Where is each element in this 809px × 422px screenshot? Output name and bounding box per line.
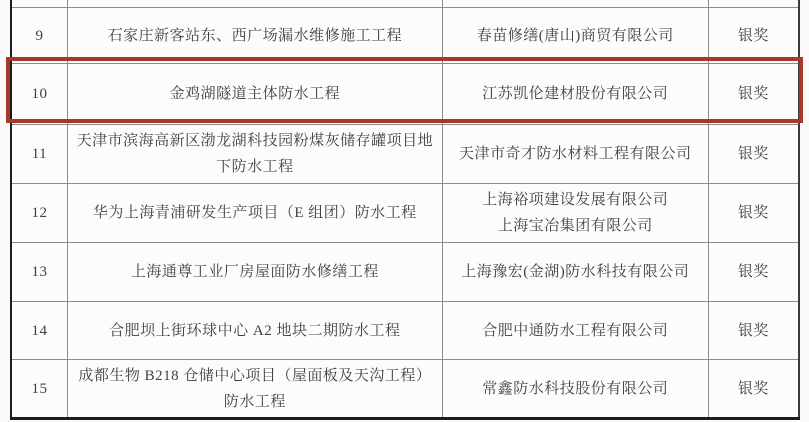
company-cell [442, 0, 708, 8]
award-cell: 银奖 [708, 125, 799, 184]
project-cell: 天津市滨海高新区渤龙湖科技园粉煤灰储存罐项目地下防水工程 [67, 125, 442, 184]
award-cell: 银奖 [708, 8, 799, 64]
award-cell: 银奖 [708, 243, 799, 302]
table-row: 14 合肥坝上街环球中心 A2 地块二期防水工程 合肥中通防水工程有限公司 银奖 [11, 302, 799, 360]
award-cell: 银奖 [708, 184, 799, 243]
award-cell: 银奖 [708, 64, 799, 125]
project-cell: 金鸡湖隧道主体防水工程 [67, 64, 442, 125]
company-cell: 上海裕项建设发展有限公司 上海宝冶集团有限公司 [442, 184, 708, 243]
seq-cell: 9 [11, 8, 67, 64]
table-row: 9 石家庄新客站东、西广场漏水维修施工工程 春苗修缮(唐山)商贸有限公司 银奖 [11, 8, 799, 64]
seq-cell: 12 [11, 184, 67, 243]
table-row: 12 华为上海青浦研发生产项目（E 组团）防水工程 上海裕项建设发展有限公司 上… [11, 184, 799, 243]
seq-cell: 15 [11, 360, 67, 419]
table-row: 15 成都生物 B218 仓储中心项目（屋面板及天沟工程）防水工程 常鑫防水科技… [11, 360, 799, 419]
seq-cell [11, 0, 67, 8]
seq-cell: 10 [11, 64, 67, 125]
company-cell: 上海豫宏(金湖)防水科技有限公司 [442, 243, 708, 302]
seq-cell: 14 [11, 302, 67, 360]
company-cell: 常鑫防水科技股份有限公司 [442, 360, 708, 419]
project-cell: 石家庄新客站东、西广场漏水维修施工工程 [67, 8, 442, 64]
project-cell: 上海通尊工业厂房屋面防水修缮工程 [67, 243, 442, 302]
award-cell [708, 0, 799, 8]
project-cell: 成都生物 B218 仓储中心项目（屋面板及天沟工程）防水工程 [67, 360, 442, 419]
award-cell: 银奖 [708, 360, 799, 419]
company-cell: 江苏凯伦建材股份有限公司 [442, 64, 708, 125]
company-cell: 合肥中通防水工程有限公司 [442, 302, 708, 360]
company-cell: 春苗修缮(唐山)商贸有限公司 [442, 8, 708, 64]
award-table: 9 石家庄新客站东、西广场漏水维修施工工程 春苗修缮(唐山)商贸有限公司 银奖 … [10, 0, 800, 420]
table-row: 11 天津市滨海高新区渤龙湖科技园粉煤灰储存罐项目地下防水工程 天津市奇才防水材… [11, 125, 799, 184]
award-cell: 银奖 [708, 302, 799, 360]
table-row-partial [11, 0, 799, 8]
table-row: 13 上海通尊工业厂房屋面防水修缮工程 上海豫宏(金湖)防水科技有限公司 银奖 [11, 243, 799, 302]
project-cell: 合肥坝上街环球中心 A2 地块二期防水工程 [67, 302, 442, 360]
document-page: 9 石家庄新客站东、西广场漏水维修施工工程 春苗修缮(唐山)商贸有限公司 银奖 … [0, 0, 809, 422]
table-row-highlighted: 10 金鸡湖隧道主体防水工程 江苏凯伦建材股份有限公司 银奖 [11, 64, 799, 125]
project-cell [67, 0, 442, 8]
company-cell: 天津市奇才防水材料工程有限公司 [442, 125, 708, 184]
project-cell: 华为上海青浦研发生产项目（E 组团）防水工程 [67, 184, 442, 243]
seq-cell: 13 [11, 243, 67, 302]
seq-cell: 11 [11, 125, 67, 184]
